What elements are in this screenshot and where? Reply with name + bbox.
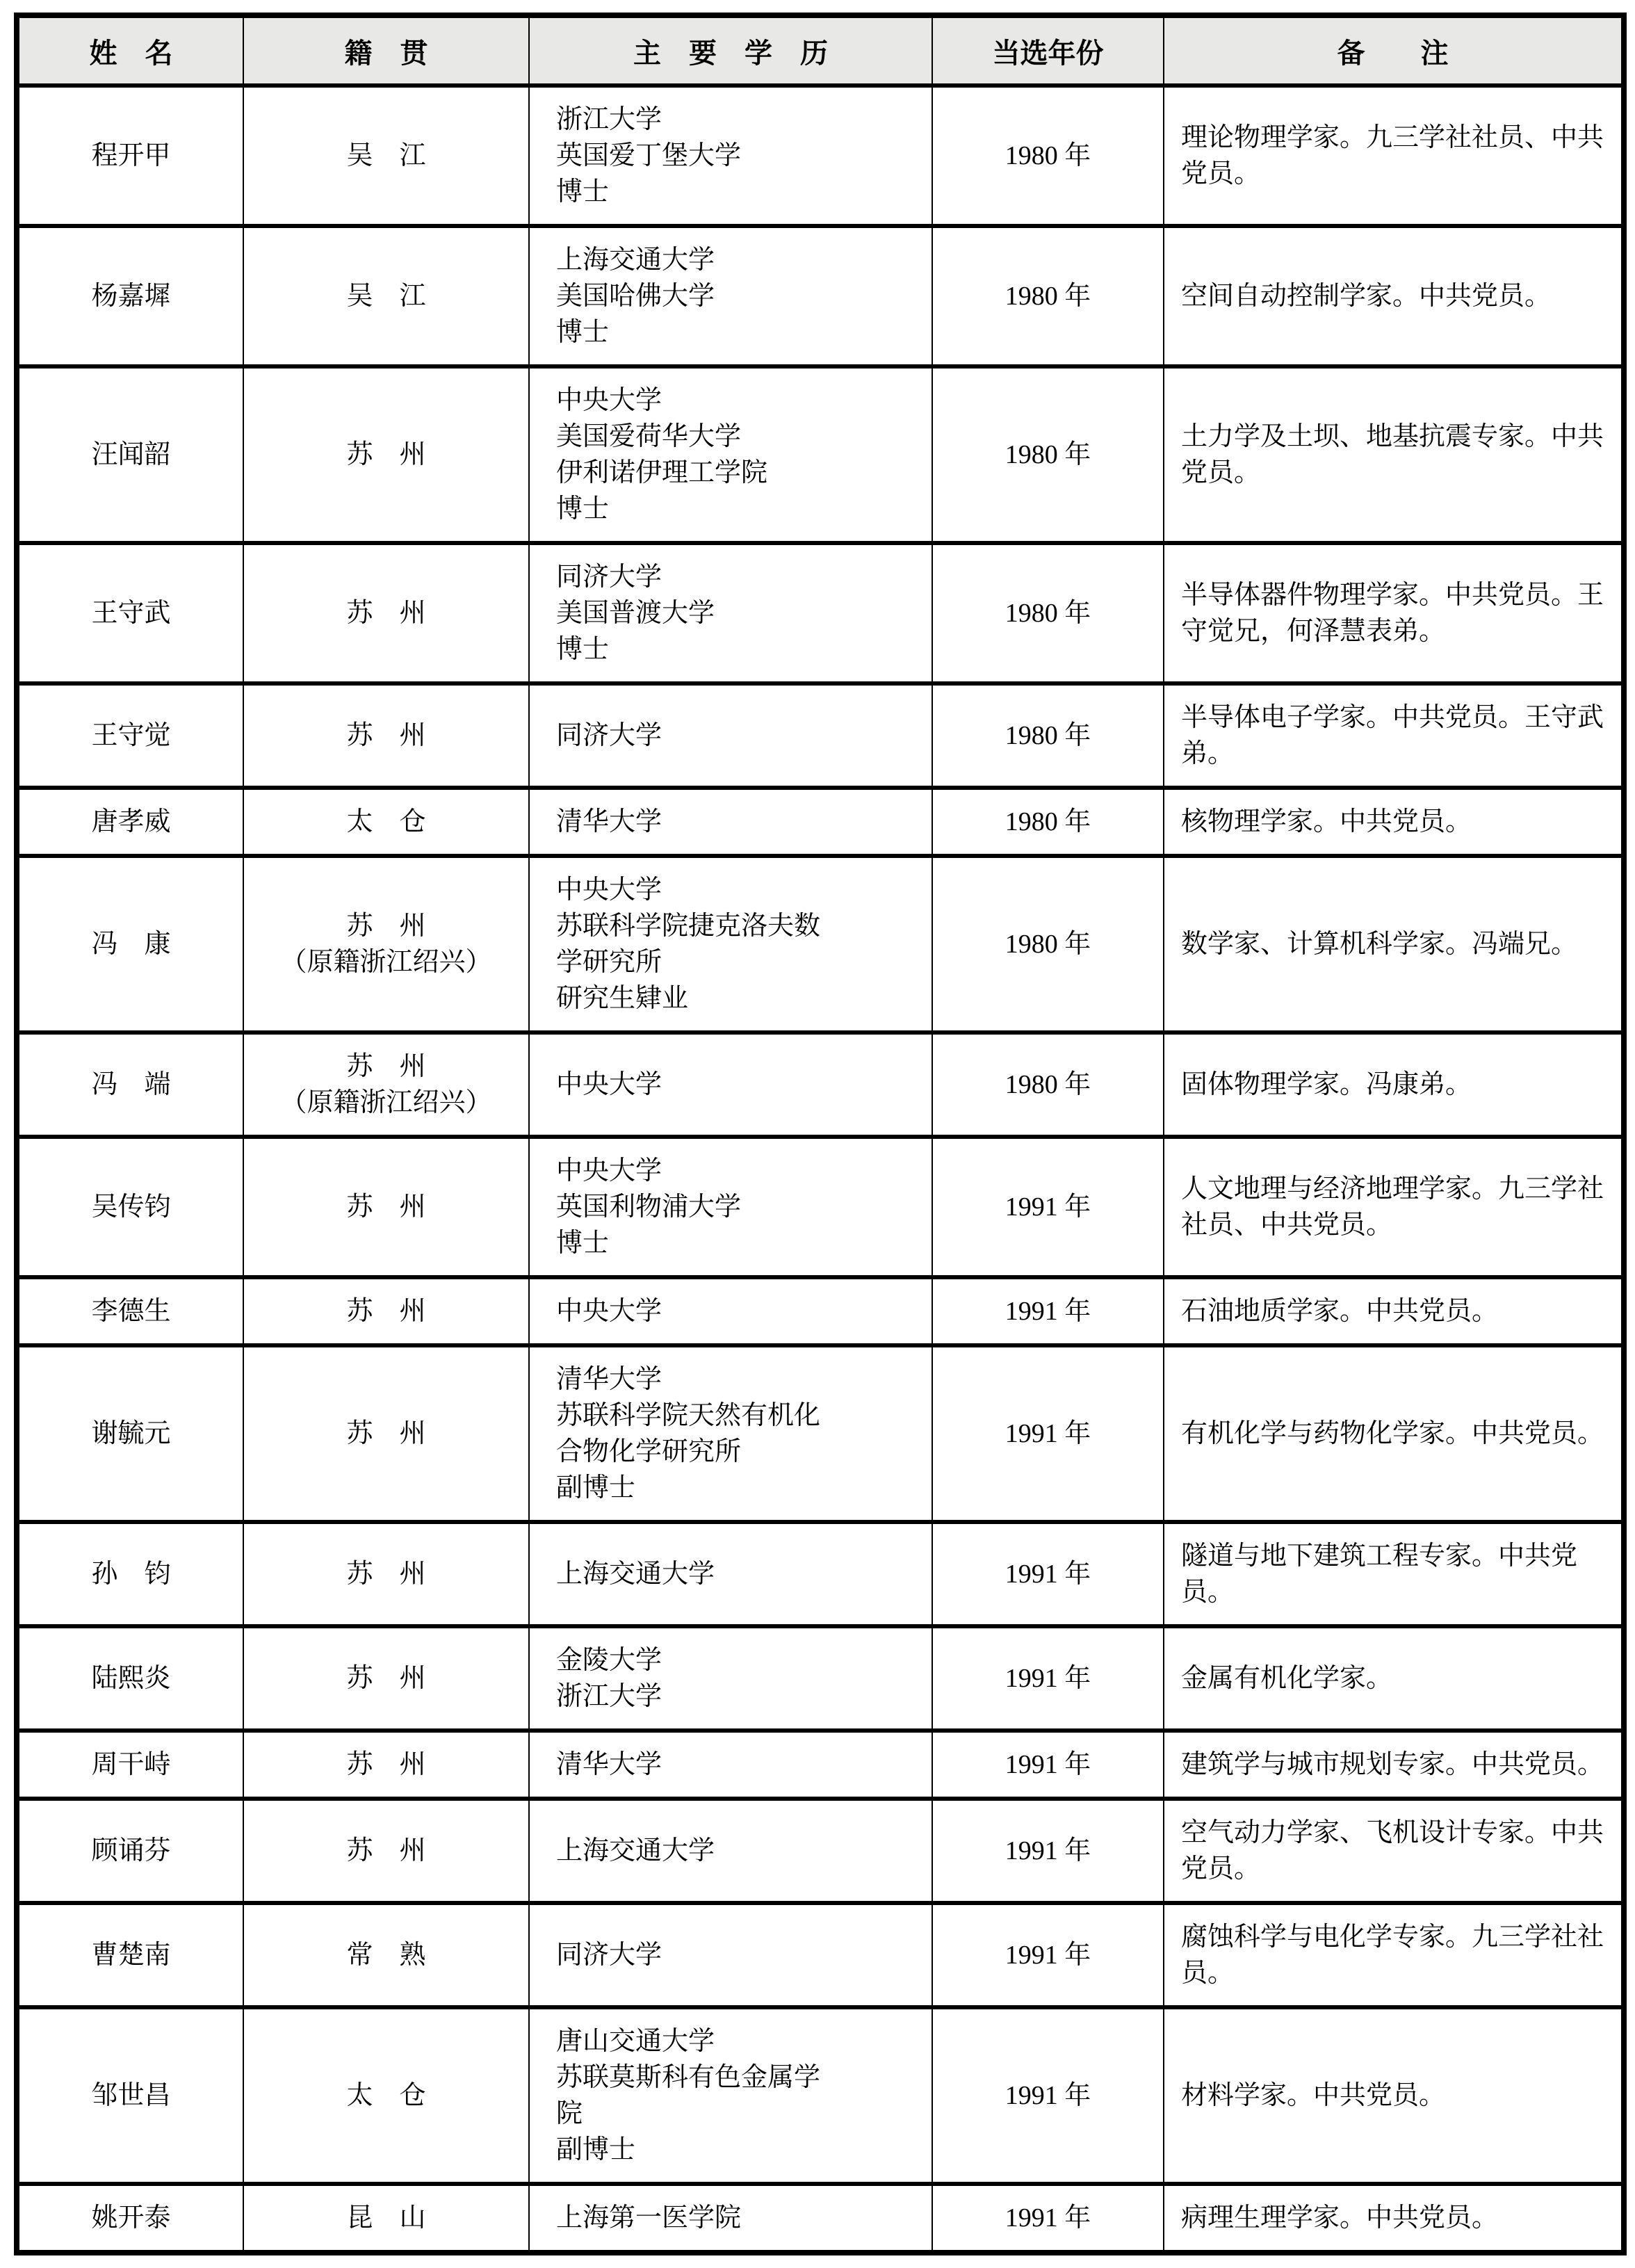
origin-cell-line: 苏 州 <box>244 1747 528 1783</box>
origin-cell: 苏 州 <box>243 1731 529 1799</box>
academicians-table: 姓 名 籍 贯 主 要 学 历 当选年份 备 注 程开甲吴 江浙江大学英国爱丁堡… <box>14 13 1627 2255</box>
origin-cell-line: 苏 州 <box>244 1189 528 1225</box>
education-cell-line: 上海第一医学院 <box>556 2200 836 2236</box>
origin-cell: 吴 江 <box>243 226 529 366</box>
name-cell-line: 王守武 <box>19 595 243 631</box>
year-cell: 1980 年 <box>932 543 1164 683</box>
education-cell: 中央大学苏联科学院捷克洛夫数学研究所研究生肄业 <box>529 856 932 1032</box>
education-cell-line: 唐山交通大学 <box>556 2023 836 2059</box>
name-cell: 王守武 <box>17 543 243 683</box>
table-row: 顾诵芬苏 州上海交通大学1991 年空气动力学家、飞机设计专家。中共党员。 <box>17 1799 1624 1903</box>
education-cell-line: 上海交通大学 <box>556 1556 836 1592</box>
header-remark: 备 注 <box>1164 15 1624 86</box>
origin-cell: 苏 州 <box>243 1799 529 1903</box>
year-cell: 1980 年 <box>932 856 1164 1032</box>
year-cell-line: 1991 年 <box>933 1833 1163 1869</box>
year-cell-line: 1980 年 <box>933 278 1163 314</box>
name-cell: 冯 端 <box>17 1032 243 1137</box>
education-cell-line: 副博士 <box>556 2132 836 2168</box>
remark-cell-line: 半导体器件物理学家。中共党员。王守觉兄，何泽慧表弟。 <box>1181 577 1606 649</box>
education-cell: 上海交通大学 <box>529 1522 932 1626</box>
table-row: 周干峙苏 州清华大学1991 年建筑学与城市规划专家。中共党员。 <box>17 1731 1624 1799</box>
education-cell: 清华大学苏联科学院天然有机化合物化学研究所副博士 <box>529 1345 932 1522</box>
table-row: 吴传钧苏 州中央大学英国利物浦大学博士1991 年人文地理与经济地理学家。九三学… <box>17 1137 1624 1277</box>
education-cell-line: 同济大学 <box>556 1937 836 1973</box>
education-cell-line: 英国爱丁堡大学 <box>556 138 836 174</box>
origin-cell-line: 吴 江 <box>244 138 528 174</box>
year-cell: 1980 年 <box>932 226 1164 366</box>
remark-cell-line: 土力学及土坝、地基抗震专家。中共党员。 <box>1181 419 1606 491</box>
year-cell-line: 1991 年 <box>933 1189 1163 1225</box>
year-cell-line: 1980 年 <box>933 138 1163 174</box>
table-row: 冯 康苏 州（原籍浙江绍兴）中央大学苏联科学院捷克洛夫数学研究所研究生肄业198… <box>17 856 1624 1032</box>
year-cell: 1980 年 <box>932 86 1164 226</box>
origin-cell-line: 常 熟 <box>244 1937 528 1973</box>
origin-cell-line: 太 仓 <box>244 2077 528 2114</box>
name-cell-line: 曹楚南 <box>19 1937 243 1973</box>
origin-cell-line: 苏 州 <box>244 718 528 754</box>
table-row: 冯 端苏 州（原籍浙江绍兴）中央大学1980 年固体物理学家。冯康弟。 <box>17 1032 1624 1137</box>
name-cell-line: 杨嘉墀 <box>19 278 243 314</box>
header-year: 当选年份 <box>932 15 1164 86</box>
education-cell-line: 英国利物浦大学 <box>556 1189 836 1225</box>
remark-cell: 空间自动控制学家。中共党员。 <box>1164 226 1624 366</box>
education-cell: 中央大学 <box>529 1277 932 1345</box>
origin-cell: 苏 州 <box>243 1137 529 1277</box>
education-cell: 唐山交通大学苏联莫斯科有色金属学院副博士 <box>529 2007 932 2184</box>
education-cell: 上海交通大学美国哈佛大学博士 <box>529 226 932 366</box>
education-cell: 上海交通大学 <box>529 1799 932 1903</box>
year-cell-line: 1991 年 <box>933 1660 1163 1696</box>
origin-cell-line: 太 仓 <box>244 804 528 840</box>
origin-cell: 苏 州（原籍浙江绍兴） <box>243 1032 529 1137</box>
name-cell: 冯 康 <box>17 856 243 1032</box>
education-cell-line: 中央大学 <box>556 872 836 908</box>
name-cell-line: 唐孝威 <box>19 804 243 840</box>
education-cell-line: 研究生肄业 <box>556 980 836 1016</box>
name-cell-line: 周干峙 <box>19 1747 243 1783</box>
education-cell-line: 中央大学 <box>556 1153 836 1189</box>
year-cell-line: 1991 年 <box>933 1416 1163 1452</box>
year-cell: 1991 年 <box>932 1277 1164 1345</box>
year-cell: 1991 年 <box>932 1522 1164 1626</box>
remark-cell-line: 理论物理学家。九三学社社员、中共党员。 <box>1181 120 1606 192</box>
name-cell: 顾诵芬 <box>17 1799 243 1903</box>
table-row: 邹世昌太 仓唐山交通大学苏联莫斯科有色金属学院副博士1991 年材料学家。中共党… <box>17 2007 1624 2184</box>
remark-cell: 理论物理学家。九三学社社员、中共党员。 <box>1164 86 1624 226</box>
education-cell-line: 苏联科学院天然有机化合物化学研究所 <box>556 1398 836 1470</box>
table-row: 杨嘉墀吴 江上海交通大学美国哈佛大学博士1980 年空间自动控制学家。中共党员。 <box>17 226 1624 366</box>
name-cell-line: 吴传钧 <box>19 1189 243 1225</box>
origin-cell: 苏 州 <box>243 1522 529 1626</box>
remark-cell-line: 人文地理与经济地理学家。九三学社社员、中共党员。 <box>1181 1171 1606 1243</box>
education-cell: 金陵大学浙江大学 <box>529 1626 932 1731</box>
origin-cell: 昆 山 <box>243 2184 529 2253</box>
year-cell-line: 1980 年 <box>933 595 1163 631</box>
remark-cell-line: 核物理学家。中共党员。 <box>1181 804 1606 840</box>
name-cell-line: 陆熙炎 <box>19 1660 243 1696</box>
page: 姓 名 籍 贯 主 要 学 历 当选年份 备 注 程开甲吴 江浙江大学英国爱丁堡… <box>0 0 1635 2268</box>
remark-cell-line: 建筑学与城市规划专家。中共党员。 <box>1181 1747 1606 1783</box>
education-cell: 同济大学 <box>529 1903 932 2007</box>
name-cell-line: 姚开泰 <box>19 2200 243 2236</box>
name-cell: 邹世昌 <box>17 2007 243 2184</box>
year-cell-line: 1980 年 <box>933 437 1163 473</box>
origin-cell-line: 苏 州 <box>244 1833 528 1869</box>
education-cell-line: 中央大学 <box>556 1293 836 1329</box>
education-cell-line: 副博士 <box>556 1470 836 1506</box>
education-cell-line: 清华大学 <box>556 1747 836 1783</box>
education-cell-line: 中央大学 <box>556 1067 836 1103</box>
remark-cell: 金属有机化学家。 <box>1164 1626 1624 1731</box>
remark-cell: 数学家、计算机科学家。冯端兄。 <box>1164 856 1624 1032</box>
education-cell: 中央大学美国爱荷华大学伊利诺伊理工学院博士 <box>529 366 932 543</box>
remark-cell: 有机化学与药物化学家。中共党员。 <box>1164 1345 1624 1522</box>
table-header: 姓 名 籍 贯 主 要 学 历 当选年份 备 注 <box>17 15 1624 86</box>
year-cell-line: 1991 年 <box>933 1293 1163 1329</box>
remark-cell-line: 空气动力学家、飞机设计专家。中共党员。 <box>1181 1815 1606 1887</box>
name-cell: 曹楚南 <box>17 1903 243 2007</box>
table-row: 陆熙炎苏 州金陵大学浙江大学1991 年金属有机化学家。 <box>17 1626 1624 1731</box>
origin-cell: 吴 江 <box>243 86 529 226</box>
remark-cell: 材料学家。中共党员。 <box>1164 2007 1624 2184</box>
education-cell-line: 美国爱荷华大学 <box>556 419 836 455</box>
education-cell: 中央大学 <box>529 1032 932 1137</box>
name-cell: 汪闻韶 <box>17 366 243 543</box>
education-cell-line: 同济大学 <box>556 559 836 595</box>
origin-cell-line: 苏 州 <box>244 908 528 944</box>
education-cell-line: 清华大学 <box>556 1361 836 1398</box>
year-cell-line: 1980 年 <box>933 1067 1163 1103</box>
table-row: 唐孝威太 仓清华大学1980 年核物理学家。中共党员。 <box>17 788 1624 856</box>
header-row: 姓 名 籍 贯 主 要 学 历 当选年份 备 注 <box>17 15 1624 86</box>
remark-cell: 空气动力学家、飞机设计专家。中共党员。 <box>1164 1799 1624 1903</box>
education-cell-line: 美国普渡大学 <box>556 595 836 631</box>
origin-cell: 苏 州（原籍浙江绍兴） <box>243 856 529 1032</box>
origin-cell: 苏 州 <box>243 1345 529 1522</box>
origin-cell-line: 苏 州 <box>244 1660 528 1696</box>
remark-cell-line: 隧道与地下建筑工程专家。中共党员。 <box>1181 1538 1606 1610</box>
origin-cell-line: 苏 州 <box>244 595 528 631</box>
origin-cell: 苏 州 <box>243 1277 529 1345</box>
name-cell: 谢毓元 <box>17 1345 243 1522</box>
education-cell: 同济大学 <box>529 683 932 788</box>
year-cell: 1991 年 <box>932 1799 1164 1903</box>
education-cell-line: 金陵大学 <box>556 1642 836 1678</box>
name-cell-line: 王守觉 <box>19 718 243 754</box>
name-cell: 杨嘉墀 <box>17 226 243 366</box>
header-origin: 籍 贯 <box>243 15 529 86</box>
origin-cell: 苏 州 <box>243 543 529 683</box>
name-cell: 李德生 <box>17 1277 243 1345</box>
education-cell-line: 中央大学 <box>556 382 836 419</box>
name-cell: 程开甲 <box>17 86 243 226</box>
remark-cell: 腐蚀科学与电化学专家。九三学社社员。 <box>1164 1903 1624 2007</box>
name-cell-line: 汪闻韶 <box>19 437 243 473</box>
remark-cell-line: 固体物理学家。冯康弟。 <box>1181 1067 1606 1103</box>
table-row: 程开甲吴 江浙江大学英国爱丁堡大学博士1980 年理论物理学家。九三学社社员、中… <box>17 86 1624 226</box>
origin-cell-line: 苏 州 <box>244 1556 528 1592</box>
remark-cell-line: 腐蚀科学与电化学专家。九三学社社员。 <box>1181 1919 1606 1991</box>
remark-cell-line: 有机化学与药物化学家。中共党员。 <box>1181 1416 1606 1452</box>
name-cell: 唐孝威 <box>17 788 243 856</box>
remark-cell-line: 材料学家。中共党员。 <box>1181 2077 1606 2114</box>
remark-cell: 半导体电子学家。中共党员。王守武弟。 <box>1164 683 1624 788</box>
header-name: 姓 名 <box>17 15 243 86</box>
year-cell: 1991 年 <box>932 1137 1164 1277</box>
name-cell: 陆熙炎 <box>17 1626 243 1731</box>
year-cell: 1991 年 <box>932 1345 1164 1522</box>
name-cell-line: 李德生 <box>19 1293 243 1329</box>
education-cell-line: 博士 <box>556 174 836 210</box>
origin-cell: 太 仓 <box>243 2007 529 2184</box>
origin-cell: 苏 州 <box>243 366 529 543</box>
origin-cell-line: 苏 州 <box>244 1048 528 1085</box>
remark-cell: 石油地质学家。中共党员。 <box>1164 1277 1624 1345</box>
year-cell: 1991 年 <box>932 1903 1164 2007</box>
education-cell: 浙江大学英国爱丁堡大学博士 <box>529 86 932 226</box>
education-cell: 清华大学 <box>529 788 932 856</box>
year-cell-line: 1991 年 <box>933 2077 1163 2114</box>
remark-cell-line: 金属有机化学家。 <box>1181 1660 1606 1696</box>
education-cell-line: 博士 <box>556 631 836 667</box>
origin-cell-line: （原籍浙江绍兴） <box>244 1085 528 1121</box>
name-cell: 周干峙 <box>17 1731 243 1799</box>
origin-cell-line: 苏 州 <box>244 437 528 473</box>
education-cell-line: 美国哈佛大学 <box>556 278 836 314</box>
origin-cell-line: （原籍浙江绍兴） <box>244 944 528 980</box>
education-cell-line: 浙江大学 <box>556 102 836 138</box>
education-cell-line: 上海交通大学 <box>556 242 836 278</box>
education-cell-line: 伊利诺伊理工学院 <box>556 455 836 491</box>
name-cell-line: 顾诵芬 <box>19 1833 243 1869</box>
education-cell-line: 清华大学 <box>556 804 836 840</box>
origin-cell: 苏 州 <box>243 683 529 788</box>
year-cell-line: 1991 年 <box>933 2200 1163 2236</box>
education-cell-line: 苏联科学院捷克洛夫数学研究所 <box>556 908 836 980</box>
origin-cell-line: 苏 州 <box>244 1416 528 1452</box>
year-cell: 1980 年 <box>932 366 1164 543</box>
year-cell: 1980 年 <box>932 1032 1164 1137</box>
origin-cell: 太 仓 <box>243 788 529 856</box>
remark-cell: 病理生理学家。中共党员。 <box>1164 2184 1624 2253</box>
year-cell: 1991 年 <box>932 1731 1164 1799</box>
education-cell-line: 浙江大学 <box>556 1678 836 1715</box>
remark-cell-line: 空间自动控制学家。中共党员。 <box>1181 278 1606 314</box>
table-row: 王守觉苏 州同济大学1980 年半导体电子学家。中共党员。王守武弟。 <box>17 683 1624 788</box>
remark-cell: 核物理学家。中共党员。 <box>1164 788 1624 856</box>
name-cell: 孙 钧 <box>17 1522 243 1626</box>
remark-cell-line: 病理生理学家。中共党员。 <box>1181 2200 1606 2236</box>
year-cell-line: 1980 年 <box>933 804 1163 840</box>
name-cell-line: 孙 钧 <box>19 1556 243 1592</box>
education-cell: 中央大学英国利物浦大学博士 <box>529 1137 932 1277</box>
origin-cell-line: 吴 江 <box>244 278 528 314</box>
origin-cell-line: 苏 州 <box>244 1293 528 1329</box>
table-row: 姚开泰昆 山上海第一医学院1991 年病理生理学家。中共党员。 <box>17 2184 1624 2253</box>
table-row: 王守武苏 州同济大学美国普渡大学博士1980 年半导体器件物理学家。中共党员。王… <box>17 543 1624 683</box>
origin-cell-line: 昆 山 <box>244 2200 528 2236</box>
year-cell-line: 1980 年 <box>933 926 1163 962</box>
name-cell: 姚开泰 <box>17 2184 243 2253</box>
name-cell-line: 邹世昌 <box>19 2077 243 2114</box>
remark-cell: 土力学及土坝、地基抗震专家。中共党员。 <box>1164 366 1624 543</box>
remark-cell-line: 半导体电子学家。中共党员。王守武弟。 <box>1181 699 1606 772</box>
table-row: 孙 钧苏 州上海交通大学1991 年隧道与地下建筑工程专家。中共党员。 <box>17 1522 1624 1626</box>
name-cell-line: 谢毓元 <box>19 1416 243 1452</box>
name-cell: 吴传钧 <box>17 1137 243 1277</box>
table-row: 汪闻韶苏 州中央大学美国爱荷华大学伊利诺伊理工学院博士1980 年土力学及土坝、… <box>17 366 1624 543</box>
name-cell: 王守觉 <box>17 683 243 788</box>
education-cell: 同济大学美国普渡大学博士 <box>529 543 932 683</box>
table-row: 曹楚南常 熟同济大学1991 年腐蚀科学与电化学专家。九三学社社员。 <box>17 1903 1624 2007</box>
remark-cell: 隧道与地下建筑工程专家。中共党员。 <box>1164 1522 1624 1626</box>
year-cell: 1980 年 <box>932 683 1164 788</box>
year-cell-line: 1991 年 <box>933 1937 1163 1973</box>
year-cell: 1991 年 <box>932 2184 1164 2253</box>
education-cell: 上海第一医学院 <box>529 2184 932 2253</box>
remark-cell-line: 石油地质学家。中共党员。 <box>1181 1293 1606 1329</box>
education-cell-line: 博士 <box>556 1225 836 1261</box>
remark-cell: 人文地理与经济地理学家。九三学社社员、中共党员。 <box>1164 1137 1624 1277</box>
year-cell-line: 1980 年 <box>933 718 1163 754</box>
year-cell: 1991 年 <box>932 1626 1164 1731</box>
name-cell-line: 程开甲 <box>19 138 243 174</box>
origin-cell: 常 熟 <box>243 1903 529 2007</box>
year-cell: 1991 年 <box>932 2007 1164 2184</box>
year-cell-line: 1991 年 <box>933 1747 1163 1783</box>
education-cell-line: 博士 <box>556 491 836 527</box>
education-cell-line: 苏联莫斯科有色金属学院 <box>556 2059 836 2132</box>
table-row: 谢毓元苏 州清华大学苏联科学院天然有机化合物化学研究所副博士1991 年有机化学… <box>17 1345 1624 1522</box>
remark-cell-line: 数学家、计算机科学家。冯端兄。 <box>1181 926 1606 962</box>
table-body: 程开甲吴 江浙江大学英国爱丁堡大学博士1980 年理论物理学家。九三学社社员、中… <box>17 86 1624 2253</box>
name-cell-line: 冯 端 <box>19 1067 243 1103</box>
remark-cell: 半导体器件物理学家。中共党员。王守觉兄，何泽慧表弟。 <box>1164 543 1624 683</box>
year-cell: 1980 年 <box>932 788 1164 856</box>
education-cell-line: 上海交通大学 <box>556 1833 836 1869</box>
origin-cell: 苏 州 <box>243 1626 529 1731</box>
education-cell-line: 博士 <box>556 314 836 350</box>
header-education: 主 要 学 历 <box>529 15 932 86</box>
education-cell-line: 同济大学 <box>556 718 836 754</box>
remark-cell: 固体物理学家。冯康弟。 <box>1164 1032 1624 1137</box>
name-cell-line: 冯 康 <box>19 926 243 962</box>
year-cell-line: 1991 年 <box>933 1556 1163 1592</box>
remark-cell: 建筑学与城市规划专家。中共党员。 <box>1164 1731 1624 1799</box>
education-cell: 清华大学 <box>529 1731 932 1799</box>
table-row: 李德生苏 州中央大学1991 年石油地质学家。中共党员。 <box>17 1277 1624 1345</box>
